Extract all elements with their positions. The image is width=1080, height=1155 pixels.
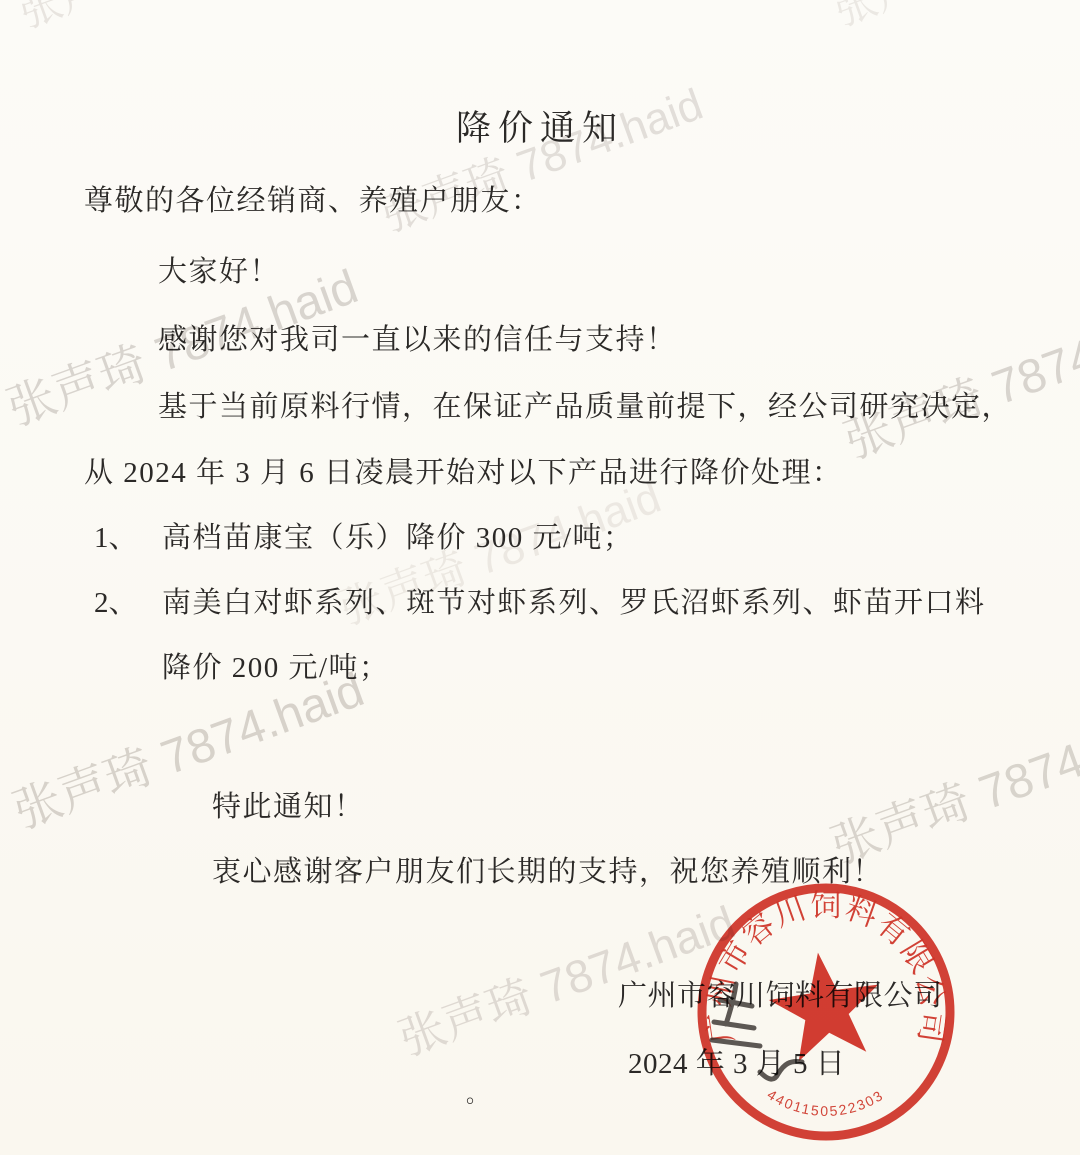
thanks-line: 感谢您对我司一直以来的信任与支持！ — [158, 323, 677, 358]
salutation-line: 尊敬的各位经销商、养殖户朋友： — [84, 184, 542, 219]
watermark: 张声琦 7874.haid — [825, 0, 1080, 38]
watermark: 张声琦 7874.haid — [833, 281, 1080, 472]
list-item-number: 2、 — [94, 586, 138, 621]
svg-text:4401150522303: 4401150522303 — [765, 1086, 887, 1119]
seal-star-icon — [763, 945, 887, 1064]
greeting-line: 大家好！ — [158, 255, 280, 290]
body-line-2: 从 2024 年 3 月 6 日凌晨开始对以下产品进行降价处理： — [84, 456, 843, 491]
list-item-text-continued: 降价 200 元/吨； — [162, 651, 390, 686]
stray-period-mark: 。 — [466, 1082, 488, 1108]
company-seal-stamp: 广州市容川饲料有限公司 4401150522303 — [690, 876, 962, 1148]
notice-line: 特此通知！ — [212, 790, 365, 825]
seal-serial-number: 4401150522303 — [765, 1086, 887, 1119]
list-item-text: 高档苗康宝（乐）降价 300 元/吨； — [162, 521, 634, 556]
page-title: 降价通知 — [0, 101, 1080, 151]
list-item-number: 1、 — [94, 521, 138, 556]
watermark: 张声琦 7874.haid — [10, 0, 333, 40]
body-line-1: 基于当前原料行情，在保证产品质量前提下，经公司研究决定， — [158, 390, 1012, 425]
list-item-text: 南美白对虾系列、斑节对虾系列、罗氏沼虾系列、虾苗开口料 — [162, 586, 986, 621]
document-page: 张声琦 7874.haid 张声琦 7874.haid 张声琦 7874.hai… — [0, 0, 1080, 1155]
watermark: 张声琦 7874.haid — [820, 686, 1080, 877]
